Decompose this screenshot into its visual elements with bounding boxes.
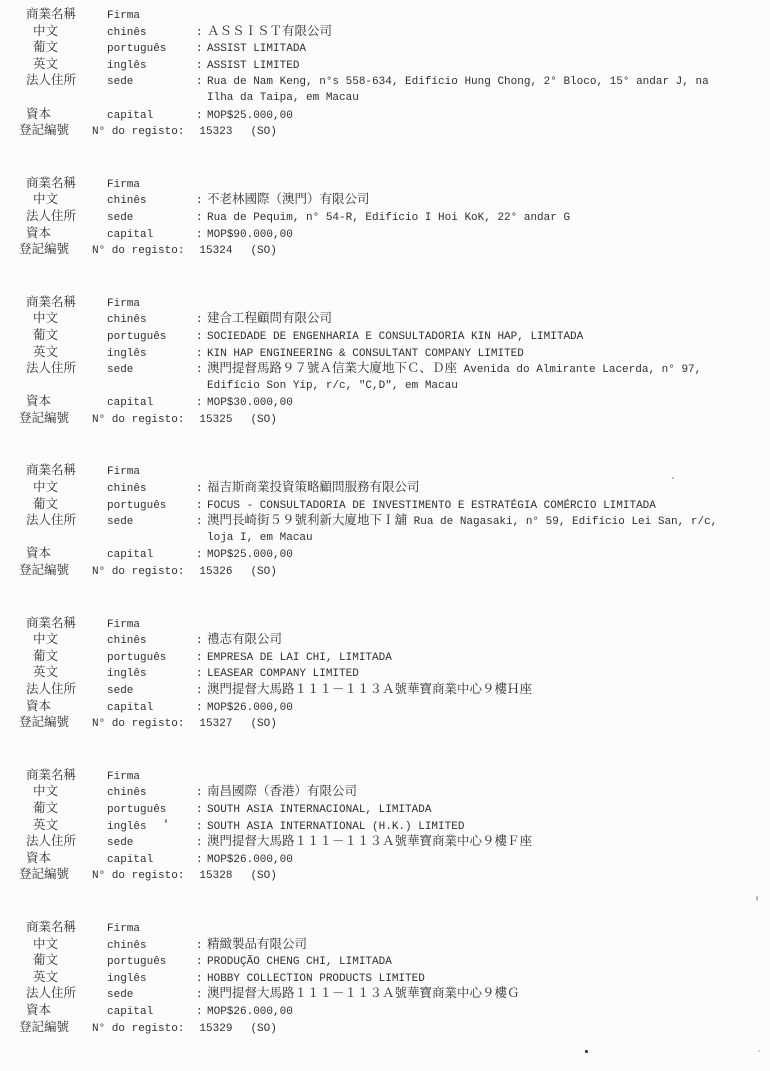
field-row-portuguese-name: 葡文português:SOCIEDADE DE ENGENHARIA E CO… <box>26 328 770 345</box>
field-value: 澳門提督大馬路１１１－１１３Ａ號華寶商業中心９樓Ｇ <box>207 986 770 1004</box>
field-label-pt: inglês <box>107 971 196 988</box>
latin-text-run: LEASEAR COMPANY LIMITED <box>207 668 359 680</box>
field-label-pt: sede <box>107 514 196 531</box>
registry-number: 15327 <box>199 716 232 733</box>
field-value: MOP$26.000,00 <box>207 1004 770 1021</box>
field-label-pt: capital <box>107 108 196 125</box>
colon-separator: : <box>196 481 207 498</box>
registry-label-pt: N° do registo: <box>92 412 184 429</box>
scan-artifact <box>165 819 167 823</box>
field-row-capital: 資本capital:MOP$25.000,00 <box>26 107 770 124</box>
registry-code: (SO) <box>250 124 276 141</box>
field-value: MOP$90.000,00 <box>207 227 770 244</box>
field-row-firma: 商業名稱Firma <box>26 7 770 24</box>
field-label-zh: 中文 <box>26 24 107 41</box>
field-row-capital: 資本capital:MOP$90.000,00 <box>26 226 770 243</box>
field-label-zh: 中文 <box>26 192 107 209</box>
field-value: 不老林國際（澳門）有限公司 <box>207 192 770 210</box>
field-row-address: 法人住所sede:Rua de Pequim, n° 54-R, Edifíci… <box>26 209 770 226</box>
field-label-pt: inglês <box>107 346 196 363</box>
field-row-capital: 資本capital:MOP$26.000,00 <box>26 1003 770 1020</box>
latin-text-run: MOP$90.000,00 <box>207 229 293 241</box>
latin-text-run: Rua de Nagasaki, n° 59, Edifício Lei San… <box>407 516 717 528</box>
field-row-english-name: 英文inglês:HOBBY COLLECTION PRODUCTS LIMIT… <box>26 970 770 987</box>
field-label-zh: 商業名稱 <box>26 295 107 312</box>
cjk-text-run: 建合工程顧問有限公司 <box>207 312 332 326</box>
latin-text-run: MOP$26.000,00 <box>207 702 293 714</box>
field-label-zh: 英文 <box>26 57 107 74</box>
field-label-pt: inglês <box>107 819 196 836</box>
registry-label-pt: N° do registo: <box>92 868 184 885</box>
colon-separator: : <box>196 633 207 650</box>
field-value: SOUTH ASIA INTERNACIONAL, LIMITADA <box>207 802 770 819</box>
field-row-registry: 登記編號N° do registo:15327(SO) <box>26 715 770 732</box>
company-record: 商業名稱Firma中文chinês:福吉斯商業投資策略顧問服務有限公司葡文por… <box>26 463 770 579</box>
colon-separator: : <box>196 514 207 531</box>
colon-separator: : <box>196 700 207 717</box>
scan-artifact <box>672 477 674 479</box>
field-label-pt: capital <box>107 395 196 412</box>
field-label-zh: 中文 <box>26 311 107 328</box>
colon-separator: : <box>196 971 207 988</box>
field-label-zh: 中文 <box>26 937 107 954</box>
field-label-pt: capital <box>107 1004 196 1021</box>
registry-number: 15326 <box>199 564 232 581</box>
field-label-pt: chinês <box>107 25 196 42</box>
colon-separator: : <box>196 547 207 564</box>
field-value: MOP$25.000,00 <box>207 108 770 125</box>
field-row-firma: 商業名稱Firma <box>26 616 770 633</box>
field-label-pt: português <box>107 954 196 971</box>
colon-separator: : <box>196 498 207 515</box>
field-value: PRODUÇÃO CHENG CHI, LIMITADA <box>207 954 770 971</box>
field-label-zh: 法人住所 <box>26 986 107 1003</box>
colon-separator: : <box>196 987 207 1004</box>
colon-separator: : <box>196 938 207 955</box>
cjk-text-run: 南昌國際（香港）有限公司 <box>207 785 357 799</box>
company-record: 商業名稱Firma中文chinês:南昌國際（香港）有限公司葡文portuguê… <box>26 768 770 884</box>
latin-text-run: Ilha da Taipa, em Macau <box>207 92 359 104</box>
field-row-registry: 登記編號N° do registo:15326(SO) <box>26 563 770 580</box>
latin-text-run: SOCIEDADE DE ENGENHARIA E CONSULTADORIA … <box>207 331 583 343</box>
latin-text-run: ASSIST LIMITADA <box>207 43 306 55</box>
field-label-pt: Firma <box>107 617 196 634</box>
colon-separator: : <box>196 650 207 667</box>
colon-separator: : <box>196 802 207 819</box>
field-value: MOP$26.000,00 <box>207 852 770 869</box>
field-row-address: 法人住所sede:澳門提督大馬路１１１－１１３Ａ號華寶商業中心９樓Ｇ <box>26 986 770 1003</box>
field-value: loja I, em Macau <box>207 530 770 547</box>
field-row-firma: 商業名稱Firma <box>26 176 770 193</box>
field-label-zh: 登記編號 <box>19 867 92 884</box>
colon-separator: : <box>196 666 207 683</box>
latin-text-run: HOBBY COLLECTION PRODUCTS LIMITED <box>207 973 425 985</box>
field-value: SOCIEDADE DE ENGENHARIA E CONSULTADORIA … <box>207 329 770 346</box>
field-row-chinese-name: 中文chinês:ＡＳＳＩＳＴ有限公司 <box>26 24 770 41</box>
latin-text-run: PRODUÇÃO CHENG CHI, LIMITADA <box>207 956 392 968</box>
field-label-zh: 商業名稱 <box>26 176 107 193</box>
latin-text-run: KIN HAP ENGINEERING & CONSULTANT COMPANY… <box>207 348 524 360</box>
field-label-zh: 登記編號 <box>19 242 92 259</box>
latin-text-run: MOP$25.000,00 <box>207 110 293 122</box>
field-label-zh: 法人住所 <box>26 513 107 530</box>
field-label-pt: capital <box>107 547 196 564</box>
field-label-zh: 法人住所 <box>26 682 107 699</box>
field-row-english-name: 英文inglês:ASSIST LIMITED <box>26 57 770 74</box>
field-label-zh: 資本 <box>26 546 107 563</box>
field-value: 澳門長崎街５９號利新大廈地下Ｉ舖 Rua de Nagasaki, n° 59,… <box>207 513 770 531</box>
field-row-address-continuation: loja I, em Macau <box>26 530 770 547</box>
field-label-pt: sede <box>107 362 196 379</box>
field-label-pt: chinês <box>107 633 196 650</box>
field-label-zh: 資本 <box>26 394 107 411</box>
field-label-pt: Firma <box>107 296 196 313</box>
field-label-pt: chinês <box>107 481 196 498</box>
latin-text-run: MOP$26.000,00 <box>207 854 293 866</box>
colon-separator: : <box>196 193 207 210</box>
field-label-pt: inglês <box>107 58 196 75</box>
field-label-pt: sede <box>107 210 196 227</box>
field-label-pt: capital <box>107 852 196 869</box>
field-value: FOCUS - CONSULTADORIA DE INVESTIMENTO E … <box>207 498 770 515</box>
field-row-english-name: 英文inglês:KIN HAP ENGINEERING & CONSULTAN… <box>26 345 770 362</box>
field-label-pt: português <box>107 41 196 58</box>
field-row-chinese-name: 中文chinês:精緻製品有限公司 <box>26 937 770 954</box>
latin-text-run: Edifício Son Yip, r/c, "C,D", em Macau <box>207 380 458 392</box>
field-label-zh: 商業名稱 <box>26 768 107 785</box>
field-label-pt: chinês <box>107 785 196 802</box>
registry-label-pt: N° do registo: <box>92 564 184 581</box>
field-label-zh: 資本 <box>26 1003 107 1020</box>
field-row-portuguese-name: 葡文português:PRODUÇÃO CHENG CHI, LIMITADA <box>26 953 770 970</box>
field-value: 澳門提督大馬路１１１－１１３Ａ號華寶商業中心９樓Ｆ座 <box>207 834 770 852</box>
latin-text-run: loja I, em Macau <box>207 532 313 544</box>
field-row-registry: 登記編號N° do registo:15325(SO) <box>26 411 770 428</box>
field-row-registry: 登記編號N° do registo:15323(SO) <box>26 123 770 140</box>
colon-separator: : <box>196 108 207 125</box>
field-row-english-name: 英文inglês:LEASEAR COMPANY LIMITED <box>26 665 770 682</box>
field-label-zh: 法人住所 <box>26 73 107 90</box>
registry-number: 15323 <box>199 124 232 141</box>
field-label-zh: 法人住所 <box>26 209 107 226</box>
colon-separator: : <box>196 1004 207 1021</box>
field-label-zh: 商業名稱 <box>26 920 107 937</box>
field-label-zh: 中文 <box>26 480 107 497</box>
field-row-capital: 資本capital:MOP$26.000,00 <box>26 851 770 868</box>
colon-separator: : <box>196 329 207 346</box>
registry-number: 15324 <box>199 243 232 260</box>
field-label-pt: sede <box>107 835 196 852</box>
field-row-firma: 商業名稱Firma <box>26 920 770 937</box>
colon-separator: : <box>196 227 207 244</box>
field-row-address: 法人住所sede:Rua de Nam Keng, n°s 558-634, E… <box>26 73 770 90</box>
registry-code: (SO) <box>250 1021 276 1038</box>
cjk-text-run: 福吉斯商業投資策略顧問服務有限公司 <box>207 481 420 495</box>
field-label-zh: 中文 <box>26 632 107 649</box>
field-label-zh: 資本 <box>26 851 107 868</box>
field-value: ASSIST LIMITADA <box>207 41 770 58</box>
colon-separator: : <box>196 362 207 379</box>
registry-code: (SO) <box>250 868 276 885</box>
field-label-zh: 英文 <box>26 818 107 835</box>
field-label-pt: chinês <box>107 938 196 955</box>
scan-artifact <box>756 896 758 901</box>
registry-document: 商業名稱Firma中文chinês:ＡＳＳＩＳＴ有限公司葡文português:… <box>0 0 770 1071</box>
cjk-text-run: 禮志有限公司 <box>207 633 282 647</box>
field-label-pt: sede <box>107 683 196 700</box>
company-record: 商業名稱Firma中文chinês:不老林國際（澳門）有限公司法人住所sede:… <box>26 176 770 259</box>
cjk-text-run: 澳門提督大馬路１１１－１１３Ａ號華寶商業中心９樓Ｆ座 <box>207 835 532 849</box>
field-label-zh: 葡文 <box>26 953 107 970</box>
field-label-zh: 商業名稱 <box>26 463 107 480</box>
colon-separator: : <box>196 58 207 75</box>
colon-separator: : <box>196 835 207 852</box>
field-label-zh: 資本 <box>26 107 107 124</box>
field-row-firma: 商業名稱Firma <box>26 768 770 785</box>
field-label-pt: Firma <box>107 8 196 25</box>
company-record: 商業名稱Firma中文chinês:禮志有限公司葡文português:EMPR… <box>26 616 770 732</box>
latin-text-run: MOP$26.000,00 <box>207 1006 293 1018</box>
field-label-zh: 登記編號 <box>19 715 92 732</box>
field-label-zh: 資本 <box>26 226 107 243</box>
colon-separator: : <box>196 41 207 58</box>
registry-code: (SO) <box>250 243 276 260</box>
colon-separator: : <box>196 954 207 971</box>
field-value: Rua de Nam Keng, n°s 558-634, Edifício H… <box>207 74 770 91</box>
registry-number: 15325 <box>199 412 232 429</box>
field-value: MOP$25.000,00 <box>207 547 770 564</box>
colon-separator: : <box>196 819 207 836</box>
cjk-text-run: 澳門長崎街５９號利新大廈地下Ｉ舖 <box>207 514 407 528</box>
colon-separator: : <box>196 312 207 329</box>
field-row-firma: 商業名稱Firma <box>26 463 770 480</box>
cjk-text-run: 不老林國際（澳門）有限公司 <box>207 193 370 207</box>
latin-text-run: MOP$30.000,00 <box>207 397 293 409</box>
cjk-text-run: 澳門提督馬路９７號Ａ信業大廈地下Ｃ、Ｄ座 <box>207 362 457 376</box>
field-row-capital: 資本capital:MOP$30.000,00 <box>26 394 770 411</box>
field-row-chinese-name: 中文chinês:福吉斯商業投資策略顧問服務有限公司 <box>26 480 770 497</box>
latin-text-run: FOCUS - CONSULTADORIA DE INVESTIMENTO E … <box>207 500 656 512</box>
field-label-pt: Firma <box>107 464 196 481</box>
registry-label-pt: N° do registo: <box>92 716 184 733</box>
registry-code: (SO) <box>250 564 276 581</box>
field-value: SOUTH ASIA INTERNATIONAL (H.K.) LIMITED <box>207 819 770 836</box>
field-row-capital: 資本capital:MOP$25.000,00 <box>26 546 770 563</box>
field-row-registry: 登記編號N° do registo:15328(SO) <box>26 867 770 884</box>
field-label-zh: 登記編號 <box>19 411 92 428</box>
registry-code: (SO) <box>250 412 276 429</box>
field-row-portuguese-name: 葡文português:EMPRESA DE LAI CHI, LIMITADA <box>26 649 770 666</box>
field-value: ＡＳＳＩＳＴ有限公司 <box>207 24 770 42</box>
field-row-portuguese-name: 葡文português:ASSIST LIMITADA <box>26 40 770 57</box>
field-label-pt: português <box>107 650 196 667</box>
field-row-chinese-name: 中文chinês:禮志有限公司 <box>26 632 770 649</box>
latin-text-run: MOP$25.000,00 <box>207 549 293 561</box>
latin-text-run: EMPRESA DE LAI CHI, LIMITADA <box>207 652 392 664</box>
registry-label-pt: N° do registo: <box>92 124 184 141</box>
field-row-address: 法人住所sede:澳門長崎街５９號利新大廈地下Ｉ舖 Rua de Nagasak… <box>26 513 770 530</box>
field-row-address: 法人住所sede:澳門提督馬路９７號Ａ信業大廈地下Ｃ、Ｄ座 Avenida do… <box>26 361 770 378</box>
field-row-chinese-name: 中文chinês:南昌國際（香港）有限公司 <box>26 784 770 801</box>
field-label-zh: 英文 <box>26 970 107 987</box>
field-value: LEASEAR COMPANY LIMITED <box>207 666 770 683</box>
scan-artifact <box>758 1050 760 1052</box>
colon-separator: : <box>196 346 207 363</box>
registry-number: 15329 <box>199 1021 232 1038</box>
registry-number: 15328 <box>199 868 232 885</box>
company-record: 商業名稱Firma中文chinês:ＡＳＳＩＳＴ有限公司葡文português:… <box>26 7 770 140</box>
cjk-text-run: 澳門提督大馬路１１１－１１３Ａ號華寶商業中心９樓Ｇ <box>207 987 520 1001</box>
field-value: 建合工程顧問有限公司 <box>207 311 770 329</box>
cjk-text-run: ＡＳＳＩＳＴ有限公司 <box>207 25 332 39</box>
field-label-pt: Firma <box>107 769 196 786</box>
field-value: EMPRESA DE LAI CHI, LIMITADA <box>207 650 770 667</box>
field-row-chinese-name: 中文chinês:建合工程顧問有限公司 <box>26 311 770 328</box>
field-label-zh: 法人住所 <box>26 834 107 851</box>
field-value: Rua de Pequim, n° 54-R, Edifício I Hoi K… <box>207 210 770 227</box>
field-label-pt: inglês <box>107 666 196 683</box>
field-label-pt: capital <box>107 227 196 244</box>
field-value: 南昌國際（香港）有限公司 <box>207 784 770 802</box>
field-row-registry: 登記編號N° do registo:15329(SO) <box>26 1020 770 1037</box>
field-label-pt: português <box>107 802 196 819</box>
field-value: HOBBY COLLECTION PRODUCTS LIMITED <box>207 971 770 988</box>
field-label-pt: chinês <box>107 312 196 329</box>
latin-text-run: ASSIST LIMITED <box>207 60 299 72</box>
field-value: 禮志有限公司 <box>207 632 770 650</box>
field-value: ASSIST LIMITED <box>207 58 770 75</box>
field-label-zh: 法人住所 <box>26 361 107 378</box>
colon-separator: : <box>196 395 207 412</box>
cjk-text-run: 精緻製品有限公司 <box>207 938 307 952</box>
colon-separator: : <box>196 210 207 227</box>
field-label-zh: 資本 <box>26 699 107 716</box>
latin-text-run: SOUTH ASIA INTERNATIONAL (H.K.) LIMITED <box>207 821 464 833</box>
field-row-english-name: 英文inglês:SOUTH ASIA INTERNATIONAL (H.K.)… <box>26 818 770 835</box>
field-value: MOP$26.000,00 <box>207 700 770 717</box>
field-value: 精緻製品有限公司 <box>207 937 770 955</box>
field-label-pt: capital <box>107 700 196 717</box>
field-value: 澳門提督馬路９７號Ａ信業大廈地下Ｃ、Ｄ座 Avenida do Almirant… <box>207 361 770 379</box>
field-label-pt: sede <box>107 987 196 1004</box>
company-record: 商業名稱Firma中文chinês:精緻製品有限公司葡文português:PR… <box>26 920 770 1036</box>
colon-separator: : <box>196 785 207 802</box>
registry-label-pt: N° do registo: <box>92 243 184 260</box>
latin-text-run: SOUTH ASIA INTERNACIONAL, LIMITADA <box>207 804 431 816</box>
field-row-portuguese-name: 葡文português:SOUTH ASIA INTERNACIONAL, LI… <box>26 801 770 818</box>
latin-text-run: Rua de Nam Keng, n°s 558-634, Edifício H… <box>207 76 709 88</box>
colon-separator: : <box>196 683 207 700</box>
field-label-zh: 葡文 <box>26 328 107 345</box>
field-label-pt: português <box>107 329 196 346</box>
field-label-pt: Firma <box>107 177 196 194</box>
field-row-address-continuation: Edifício Son Yip, r/c, "C,D", em Macau <box>26 378 770 395</box>
field-row-portuguese-name: 葡文português:FOCUS - CONSULTADORIA DE INV… <box>26 497 770 514</box>
field-row-address-continuation: Ilha da Taipa, em Macau <box>26 90 770 107</box>
field-label-zh: 商業名稱 <box>26 616 107 633</box>
registry-code: (SO) <box>250 716 276 733</box>
field-label-zh: 葡文 <box>26 40 107 57</box>
latin-text-run: Rua de Pequim, n° 54-R, Edifício I Hoi K… <box>207 212 570 224</box>
field-label-pt: Firma <box>107 921 196 938</box>
field-value: Ilha da Taipa, em Macau <box>207 90 770 107</box>
field-row-registry: 登記編號N° do registo:15324(SO) <box>26 242 770 259</box>
field-label-zh: 葡文 <box>26 649 107 666</box>
field-label-zh: 英文 <box>26 665 107 682</box>
field-label-zh: 英文 <box>26 345 107 362</box>
field-label-pt: sede <box>107 74 196 91</box>
field-value: Edifício Son Yip, r/c, "C,D", em Macau <box>207 378 770 395</box>
field-label-pt: português <box>107 498 196 515</box>
field-row-capital: 資本capital:MOP$26.000,00 <box>26 699 770 716</box>
field-label-zh: 登記編號 <box>19 1020 92 1037</box>
field-label-pt: chinês <box>107 193 196 210</box>
field-row-firma: 商業名稱Firma <box>26 295 770 312</box>
field-label-zh: 葡文 <box>26 801 107 818</box>
latin-text-run: Avenida do Almirante Lacerda, n° 97, <box>457 364 701 376</box>
field-label-zh: 登記編號 <box>19 563 92 580</box>
field-label-zh: 中文 <box>26 784 107 801</box>
field-row-address: 法人住所sede:澳門提督大馬路１１１－１１３Ａ號華寶商業中心９樓Ｆ座 <box>26 834 770 851</box>
field-label-zh: 葡文 <box>26 497 107 514</box>
registry-label-pt: N° do registo: <box>92 1021 184 1038</box>
colon-separator: : <box>196 25 207 42</box>
company-record: 商業名稱Firma中文chinês:建合工程顧問有限公司葡文português:… <box>26 295 770 428</box>
cjk-text-run: 澳門提督大馬路１１１－１１３Ａ號華寶商業中心９樓Ｈ座 <box>207 683 532 697</box>
field-row-chinese-name: 中文chinês:不老林國際（澳門）有限公司 <box>26 192 770 209</box>
colon-separator: : <box>196 852 207 869</box>
field-value: 福吉斯商業投資策略顧問服務有限公司 <box>207 480 770 498</box>
field-value: KIN HAP ENGINEERING & CONSULTANT COMPANY… <box>207 346 770 363</box>
field-row-address: 法人住所sede:澳門提督大馬路１１１－１１３Ａ號華寶商業中心９樓Ｈ座 <box>26 682 770 699</box>
field-value: MOP$30.000,00 <box>207 395 770 412</box>
field-label-zh: 登記編號 <box>19 123 92 140</box>
scan-artifact <box>585 1050 588 1053</box>
field-label-zh: 商業名稱 <box>26 7 107 24</box>
colon-separator: : <box>196 74 207 91</box>
field-value: 澳門提督大馬路１１１－１１３Ａ號華寶商業中心９樓Ｈ座 <box>207 682 770 700</box>
